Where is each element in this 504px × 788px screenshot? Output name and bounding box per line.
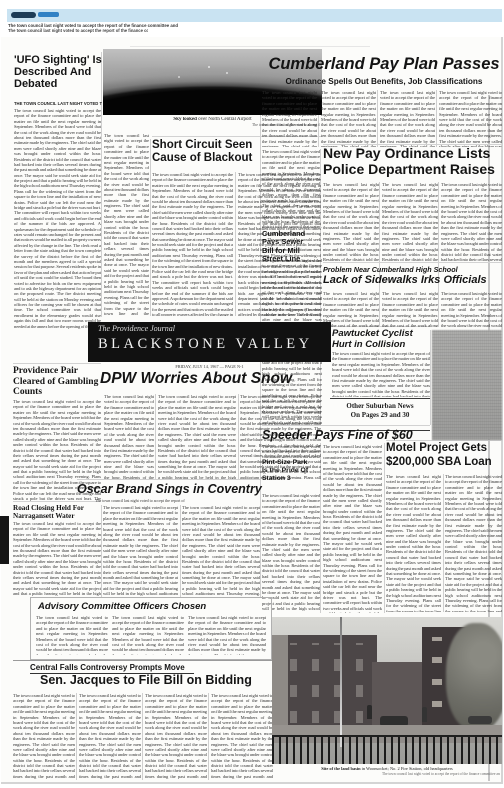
- degraded-print-region: [432, 330, 502, 440]
- story-oscar-body-col1: The town council last night voted to acc…: [103, 505, 178, 598]
- story-short-circuit-headline: Short Circuit Seen Cause of Blackout: [152, 139, 274, 165]
- notice-line-1: Other Suburban News: [330, 402, 430, 411]
- column-rule: [379, 182, 380, 327]
- scan-artifact-strip: [0, 516, 9, 564]
- column-rule: [235, 172, 236, 316]
- story-motel-headline: Motel Project Gets $200,000 SBA Loan: [386, 442, 498, 469]
- fire-station-photo-caption: Site of the land basin in Woonsocket; No…: [272, 766, 502, 771]
- story-pint-size-body: The town council last night voted to acc…: [262, 493, 320, 613]
- continuation-column: The town council last night voted to acc…: [262, 149, 320, 230]
- photo-parked-car: [380, 716, 408, 725]
- column-rule: [150, 139, 151, 316]
- story-advisory-body-col2: The town council last night voted to acc…: [112, 615, 184, 655]
- cutoff-rule: [13, 501, 101, 502]
- story-cumberland-pay-body-col2: The town council last night voted to acc…: [321, 90, 376, 147]
- story-sidewalks-body-col3: The town council last night voted to acc…: [441, 291, 502, 327]
- column-rule: [76, 693, 77, 780]
- photo-parked-car: [468, 716, 492, 724]
- cutoff-rule: [323, 262, 502, 263]
- story-jacques-body-col1: The town council last night voted to acc…: [13, 693, 75, 780]
- story-oscar-body-col2: The town council last night voted to acc…: [182, 505, 260, 598]
- column-rule: [101, 52, 102, 317]
- story-sidewalks-kicker: Problem Near Cumberland High School: [323, 265, 463, 274]
- story-road-closing-headline: Road Closing Held For Narragansett Water: [13, 504, 99, 521]
- caption-rest: in Woonsocket; No. 2 Fire Station, old h…: [361, 766, 453, 771]
- story-advisory-body-col3: The town council last night voted to acc…: [188, 615, 266, 655]
- story-pawtucket-headline: Pawtucket Cyclist Hurt in Collision: [332, 329, 430, 350]
- photo-building-left: [272, 635, 377, 730]
- story-new-pay-body-col2: The town council last night voted to acc…: [382, 182, 438, 262]
- story-dpw-body-col1: The town council last night voted to acc…: [104, 394, 154, 479]
- column-rule: [142, 693, 143, 780]
- fire-station-photo: [272, 617, 502, 764]
- story-speeder-body: The town council last night voted to acc…: [262, 444, 320, 458]
- story-jacques-body-col3: The town council last night voted to acc…: [145, 693, 207, 780]
- column-rule: [377, 90, 378, 147]
- photo-building-windows: [290, 643, 375, 723]
- story-new-pay-body-col1: The town council last night voted to acc…: [323, 182, 379, 262]
- story-new-pay-body-col3: The town council last night voted to acc…: [441, 182, 502, 262]
- photo-iron-fence: [272, 735, 502, 764]
- blog-logo-wordmark[interactable]: [38, 12, 59, 17]
- story-sidewalks-body-col1: The town council last night voted to acc…: [323, 291, 379, 327]
- story-ufo-headline: 'UFO Sighting' Is Described And Debated: [14, 54, 102, 90]
- story-cumberland-pay-body-col3: The town council last night voted to acc…: [380, 90, 435, 147]
- photo-pedestrian: [422, 707, 427, 722]
- story-sidewalks-body-col2: The town council last night voted to acc…: [382, 291, 438, 327]
- masthead-box: The Providence Journal BLACKSTONE VALLEY: [88, 322, 331, 362]
- story-cumberland-pay-body-col4: The town council last night voted to acc…: [439, 90, 502, 147]
- story-jacques-headline: Sen. Jacques to File Bill on Bidding: [40, 673, 272, 687]
- story-cumberland-pay-subhead: Ordinance Spells Out Benefits, Job Class…: [266, 77, 502, 86]
- caption-lead: Site of the land basin: [321, 766, 360, 771]
- continuation-column: The town council last night voted to acc…: [104, 133, 149, 316]
- column-rule: [238, 394, 239, 479]
- top-hairline: [130, 46, 370, 47]
- story-road-closing-body: The town council last night voted to acc…: [13, 521, 101, 596]
- middle-column-body: The town council last night voted to acc…: [323, 444, 382, 613]
- top-bar: [7, 9, 502, 22]
- story-cumberland-pay-body-col1: The town council last night voted to acc…: [262, 90, 317, 147]
- column-rule: [438, 182, 439, 327]
- story-advisory-headline: Advisory Committee Officers Chosen: [38, 601, 208, 612]
- fire-station-photo-credit: The town council last night voted to acc…: [382, 772, 500, 776]
- blog-logo-icon[interactable]: [11, 12, 36, 18]
- masthead-edition-name: BLACKSTONE VALLEY: [98, 336, 313, 353]
- column-rule: [384, 443, 385, 613]
- story-providence-pair-headline: Providence Pair Cleared of Gambling Coun…: [13, 366, 101, 398]
- photo-flagpole: [340, 617, 342, 747]
- column-rule: [430, 330, 431, 425]
- notice-line-2: On Pages 29 and 30: [330, 411, 430, 420]
- column-rule: [155, 394, 156, 479]
- story-jacques-body-col2: The town council last night voted to acc…: [79, 693, 141, 780]
- column-rule: [443, 474, 444, 612]
- story-ufo-byline: The town council last night voted to acc…: [14, 101, 102, 106]
- story-jacques-body-col4: The town council last night voted to acc…: [211, 693, 273, 780]
- suburban-news-notice: Other Suburban News On Pages 29 and 30: [330, 398, 430, 431]
- newspaper-scan-page: The town council last night voted to acc…: [0, 0, 504, 788]
- story-short-circuit-body-col1: The town council last night voted to acc…: [152, 172, 233, 316]
- photo-pedestrian: [367, 705, 372, 719]
- photo-tower-windows: [432, 637, 442, 707]
- column-rule: [101, 505, 102, 598]
- story-speeder-headline: Speeder Pays Fine of $60: [262, 428, 432, 442]
- column-rule: [180, 505, 181, 598]
- story-sidewalks-headline: Lack of Sidewalks Irks Officials: [323, 274, 503, 286]
- cutoff-rule: [77, 479, 260, 480]
- image-caption-line-2: The town council last night voted to acc…: [8, 28, 148, 34]
- story-cumberland-pay-headline: Cumberland Pay Plan Passes: [266, 55, 502, 74]
- masthead-paper-name: The Providence Journal: [98, 324, 175, 333]
- story-new-pay-headline: New Pay Ordinance Lists Police Departmen…: [323, 146, 501, 177]
- story-dpw-body-col2: The town council last night voted to acc…: [158, 394, 236, 479]
- caption-lead: Sky looked: [173, 117, 196, 122]
- photo-trees: [446, 623, 502, 731]
- story-motel-body-col1: The town council last night voted to acc…: [386, 474, 441, 612]
- caption-rest: over North Central Airport: [197, 117, 252, 122]
- story-advisory-body-col1: The town council last night voted to acc…: [36, 615, 108, 655]
- column-rule: [436, 90, 437, 147]
- story-pawtucket-body: The town council last night voted to acc…: [332, 351, 430, 397]
- cutoff-rule: [13, 660, 273, 661]
- story-pint-size-headline: Pint-Size Park Is the Pride Of Station 3: [262, 459, 312, 482]
- column-rule: [208, 693, 209, 780]
- story-oscar-headline: Oscar Brand Sings in Coventry: [77, 482, 261, 496]
- story-oscar-byline: The town council last night voted to acc…: [95, 498, 185, 503]
- story-motel-body-col2: The town council last night voted to acc…: [445, 474, 502, 612]
